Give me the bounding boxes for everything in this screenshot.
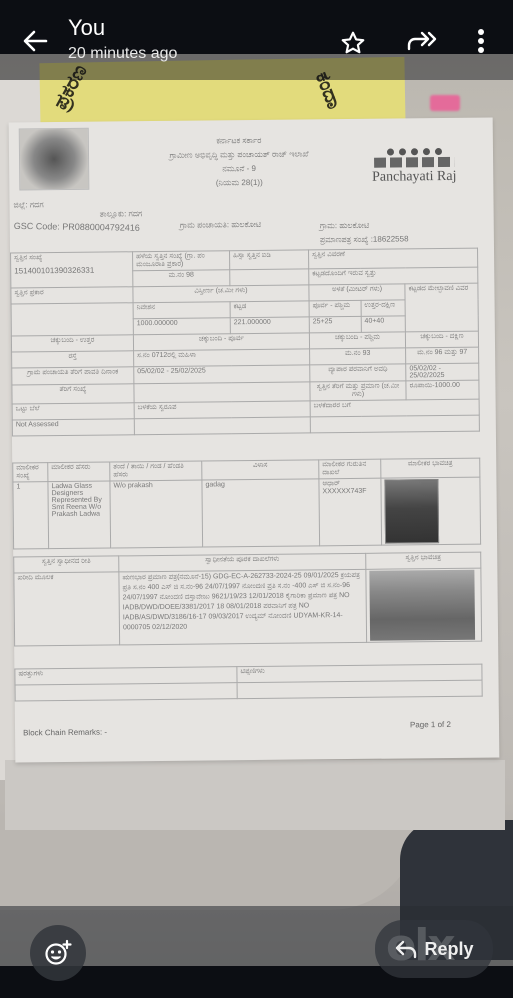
ns-dimensions: 40+40 (361, 316, 406, 332)
ew-dimensions: 25+25 (309, 316, 361, 333)
back-button[interactable] (18, 24, 52, 58)
owner-table: ಮಾಲೀಕರ ಸಂಖ್ಯೆ ಮಾಲೀಕರ ಹೆಸರು ತಂದೆ / ತಾಯಿ /… (12, 458, 481, 550)
building-area: 221.000000 (230, 317, 309, 334)
assessment-status: Not Assessed (12, 419, 134, 436)
old-number-label: ಹಳೆಯ ಸ್ವತ್ತಿನ ಸಂಖ್ಯೆ (ಗ್ರಾ. ಪಂ ಮಂಜೂರಾತಿ … (133, 251, 230, 271)
owner-row: 1 Ladwa Glass Designers Represented By S… (13, 477, 481, 549)
blockchain-remarks: Block Chain Remarks: - (23, 728, 107, 738)
document-header: ಕರ್ನಾಟಕ ಸರ್ಕಾರ ಗ್ರಾಮೀಣ ಅಭಿವೃದ್ಧಿ ಮತ್ತು ಪ… (119, 133, 360, 192)
forward-icon (405, 29, 439, 53)
village: ಗ್ರಾಮ: ಹುಲಕೋಟಿ (320, 221, 369, 232)
district: ಜಿಲ್ಲೆ: ಗದಗ (13, 200, 43, 210)
page-indicator: Page 1 of 2 (410, 720, 451, 729)
reply-button[interactable]: Reply (375, 920, 493, 978)
remarks-table: ಷರತ್ತುಗಳು ಟಿಪ್ಪಣಿಗಳು (14, 664, 482, 702)
panchayati-raj-logo: Panchayati Raj (364, 148, 464, 186)
tax-amount: ರೂಪಾಯಿ-1000.00 (406, 380, 479, 400)
site-area: 1000.000000 (133, 318, 230, 335)
documents-table: ಸ್ವತ್ತಿನ ಸ್ವಾಧೀನದ ರೀತಿ ಸ್ವಾಧೀನತೆಯ ಪೂರಕ ದ… (13, 552, 482, 647)
star-icon (340, 30, 366, 56)
property-type: ಕಟ್ಟಡದೊಂದಿಗೆ ಇರುವ ಸ್ವತ್ತು (309, 267, 478, 285)
sender-name: You (68, 15, 105, 41)
reply-label: Reply (424, 939, 473, 960)
owner-photo (384, 479, 439, 544)
forward-button[interactable] (402, 24, 442, 58)
logo-text: Panchayati Raj (364, 169, 464, 186)
more-options-button[interactable] (468, 24, 494, 58)
add-reaction-button[interactable] (30, 925, 86, 981)
reply-icon (394, 939, 418, 959)
property-table: ಸ್ವತ್ತಿನ ಸಂಖ್ಯೆ151400101390326331 ಹಳೆಯ ಸ… (10, 248, 480, 437)
under-paper (5, 760, 505, 830)
shared-photo[interactable]: ಪ್ರಕರಣ ಕಂದಾ ಕರ್ನಾಟಕ ಸರ್ಕಾರ ಗ್ರಾಮೀಣ ಅಭಿವೃ… (0, 0, 513, 998)
owner-id: XXXXXX743F (323, 488, 378, 496)
license-period: 05/02/02 - 25/02/2025 (406, 363, 479, 381)
rule-reference: (ನಿಯಮ 28(1)) (119, 175, 359, 192)
pink-sticker (430, 95, 460, 111)
gram-panchayat: ಗ್ರಾಮ ಪಂಚಾಯತಿ: ಹುಲಕೋಟಿ (180, 220, 261, 231)
tax-period: 05/02/02 - 25/02/2025 (134, 365, 310, 384)
property-number: 151400101390326331 (14, 265, 129, 275)
taluk: ತಾಲ್ಲೂಕು: ಗದಗ (100, 209, 143, 219)
more-vert-icon (477, 28, 485, 54)
timestamp: 20 minutes ago (68, 45, 177, 63)
star-button[interactable] (336, 26, 370, 60)
karnataka-emblem (19, 128, 90, 191)
owner-name: Ladwa Glass Designers Represented By Smt… (48, 481, 111, 549)
supporting-documents: ಋಣಭಾರ ಪ್ರಮಾಣ ಪತ್ರ(ನಮೂನೆ-15) GDG-EC-A-262… (119, 569, 367, 645)
property-photo (369, 570, 475, 641)
old-number: ಮ.ನಂ 98 (133, 270, 230, 287)
property-document: ಕರ್ನಾಟಕ ಸರ್ಕಾರ ಗ್ರಾಮೀಣ ಅಭಿವೃದ್ಧಿ ಮತ್ತು ಪ… (9, 117, 500, 762)
certificate-number: ಪ್ರಮಾಣಪತ್ರ ಸಂಖ್ಯೆ :18622558 (320, 234, 409, 245)
lower-paper (0, 820, 420, 910)
add-reaction-icon (44, 939, 72, 967)
back-arrow-icon (22, 30, 48, 52)
gsc-code: GSC Code: PR0880004792416 (14, 221, 140, 233)
